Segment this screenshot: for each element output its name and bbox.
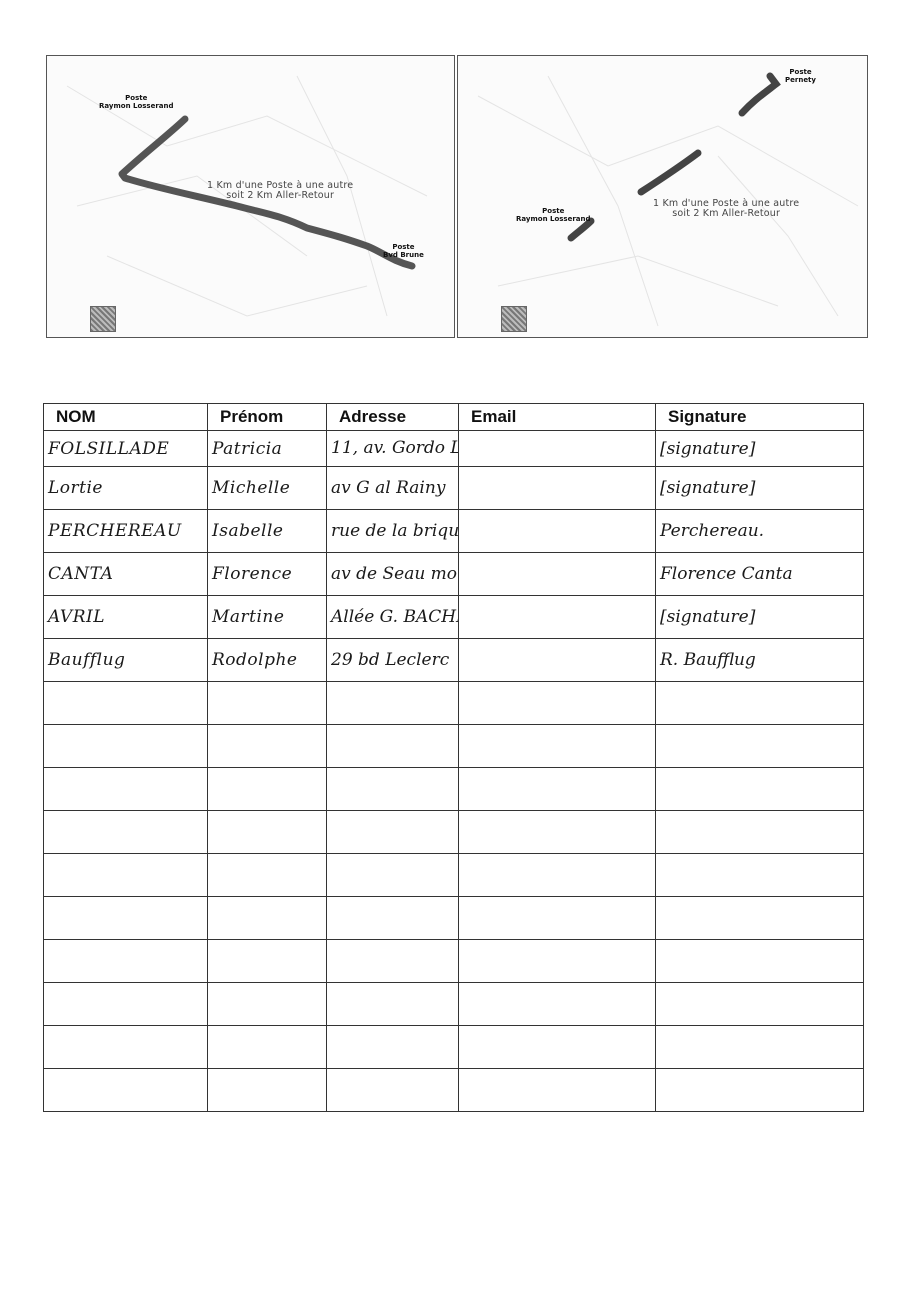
cell-signature [656, 897, 864, 940]
cell-nom [44, 768, 208, 811]
cell-email [459, 940, 656, 983]
cell-adresse [327, 854, 459, 897]
satellite-thumbnail-icon [501, 306, 527, 332]
cell-signature [656, 811, 864, 854]
cell-nom: AVRIL [44, 596, 208, 639]
cell-nom [44, 682, 208, 725]
cell-nom [44, 940, 208, 983]
cell-nom [44, 983, 208, 1026]
cell-nom: FOLSILLADE [44, 431, 208, 467]
label-line: Raymon Losserand [99, 102, 174, 110]
cell-email [459, 1026, 656, 1069]
note-line: soit 2 Km Aller-Retour [207, 191, 353, 201]
route-map-right: Poste Pernety Poste Raymon Losserand 1 K… [457, 55, 868, 338]
table-row: PERCHEREAUIsabellerue de la briqueterieP… [44, 510, 864, 553]
cell-nom [44, 725, 208, 768]
cell-signature: R. Baufflug [656, 639, 864, 682]
cell-signature: [signature] [656, 467, 864, 510]
cell-adresse [327, 682, 459, 725]
cell-email [459, 1069, 656, 1112]
cell-signature: Florence Canta [656, 553, 864, 596]
cell-prenom: Rodolphe [208, 639, 327, 682]
cell-email [459, 553, 656, 596]
table-row [44, 897, 864, 940]
route-map-left: Poste Raymon Losserand Poste Bvd Brune 1… [46, 55, 455, 338]
cell-signature [656, 725, 864, 768]
table-row [44, 1069, 864, 1112]
cell-prenom [208, 940, 327, 983]
cell-prenom [208, 983, 327, 1026]
cell-adresse: av de Seau moulin 14e [327, 553, 459, 596]
cell-prenom: Isabelle [208, 510, 327, 553]
table-row: CANTAFlorenceav de Seau moulin 14eFloren… [44, 553, 864, 596]
cell-signature: [signature] [656, 596, 864, 639]
signature-sheet-table: NOM Prénom Adresse Email Signature FOLSI… [43, 403, 864, 1112]
cell-adresse [327, 897, 459, 940]
cell-signature [656, 854, 864, 897]
header-email: Email [459, 404, 656, 431]
label-line: Pernety [785, 76, 816, 84]
cell-prenom [208, 854, 327, 897]
table-row [44, 940, 864, 983]
table-row [44, 768, 864, 811]
cell-prenom [208, 1069, 327, 1112]
label-poste-raymon-losserand: Poste Raymon Losserand [516, 207, 591, 223]
label-poste-bvd-brune: Poste Bvd Brune [383, 243, 424, 259]
table-row [44, 811, 864, 854]
cell-adresse [327, 811, 459, 854]
cell-signature [656, 682, 864, 725]
cell-email [459, 983, 656, 1026]
cell-prenom [208, 1026, 327, 1069]
table-row [44, 682, 864, 725]
header-nom: NOM [44, 404, 208, 431]
cell-email [459, 854, 656, 897]
cell-prenom [208, 768, 327, 811]
label-poste-pernety: Poste Pernety [785, 68, 816, 84]
cell-nom: Baufflug [44, 639, 208, 682]
cell-signature [656, 768, 864, 811]
cell-email [459, 811, 656, 854]
cell-email [459, 431, 656, 467]
cell-email [459, 682, 656, 725]
label-line: Poste [99, 94, 174, 102]
cell-prenom: Michelle [208, 467, 327, 510]
table-row [44, 854, 864, 897]
label-line: Poste [383, 243, 424, 251]
cell-email [459, 467, 656, 510]
cell-nom [44, 897, 208, 940]
label-line: Bvd Brune [383, 251, 424, 259]
cell-prenom: Florence [208, 553, 327, 596]
cell-adresse [327, 768, 459, 811]
cell-nom: PERCHEREAU [44, 510, 208, 553]
cell-signature: Perchereau. [656, 510, 864, 553]
distance-note: 1 Km d'une Poste à une autre soit 2 Km A… [653, 199, 799, 219]
table-row: FOLSILLADEPatricia11, av. Gordo Lafenest… [44, 431, 864, 467]
cell-signature: [signature] [656, 431, 864, 467]
cell-email [459, 897, 656, 940]
label-line: Poste [516, 207, 591, 215]
cell-adresse: av G al Rainy [327, 467, 459, 510]
cell-adresse: Allée G. BACHELARD [327, 596, 459, 639]
cell-prenom [208, 725, 327, 768]
cell-email [459, 596, 656, 639]
table-row: LortieMichelleav G al Rainy[signature] [44, 467, 864, 510]
cell-email [459, 510, 656, 553]
label-line: Raymon Losserand [516, 215, 591, 223]
cell-prenom: Martine [208, 596, 327, 639]
cell-adresse: rue de la briqueterie [327, 510, 459, 553]
cell-signature [656, 1026, 864, 1069]
cell-adresse [327, 725, 459, 768]
cell-prenom [208, 811, 327, 854]
note-line: soit 2 Km Aller-Retour [653, 209, 799, 219]
distance-note: 1 Km d'une Poste à une autre soit 2 Km A… [207, 181, 353, 201]
cell-prenom [208, 682, 327, 725]
header-signature: Signature [656, 404, 864, 431]
table-row: BaufflugRodolphe29 bd LeclercR. Baufflug [44, 639, 864, 682]
satellite-thumbnail-icon [90, 306, 116, 332]
cell-prenom [208, 897, 327, 940]
header-adresse: Adresse [327, 404, 459, 431]
cell-adresse [327, 1069, 459, 1112]
cell-adresse: 29 bd Leclerc [327, 639, 459, 682]
label-line: Poste [785, 68, 816, 76]
cell-nom: CANTA [44, 553, 208, 596]
route-path [458, 56, 868, 338]
cell-nom: Lortie [44, 467, 208, 510]
header-prenom: Prénom [208, 404, 327, 431]
table-header-row: NOM Prénom Adresse Email Signature [44, 404, 864, 431]
table-row [44, 725, 864, 768]
cell-nom [44, 1069, 208, 1112]
cell-email [459, 639, 656, 682]
table-row: AVRILMartineAllée G. BACHELARD[signature… [44, 596, 864, 639]
cell-nom [44, 854, 208, 897]
cell-email [459, 768, 656, 811]
cell-signature [656, 983, 864, 1026]
cell-signature [656, 1069, 864, 1112]
table-row [44, 1026, 864, 1069]
cell-adresse [327, 940, 459, 983]
cell-nom [44, 1026, 208, 1069]
cell-nom [44, 811, 208, 854]
cell-adresse [327, 983, 459, 1026]
cell-email [459, 725, 656, 768]
label-poste-raymon-losserand: Poste Raymon Losserand [99, 94, 174, 110]
cell-adresse [327, 1026, 459, 1069]
cell-prenom: Patricia [208, 431, 327, 467]
cell-adresse: 11, av. Gordo Lafenestre - Paris 14 [327, 431, 459, 467]
table-row [44, 983, 864, 1026]
cell-signature [656, 940, 864, 983]
